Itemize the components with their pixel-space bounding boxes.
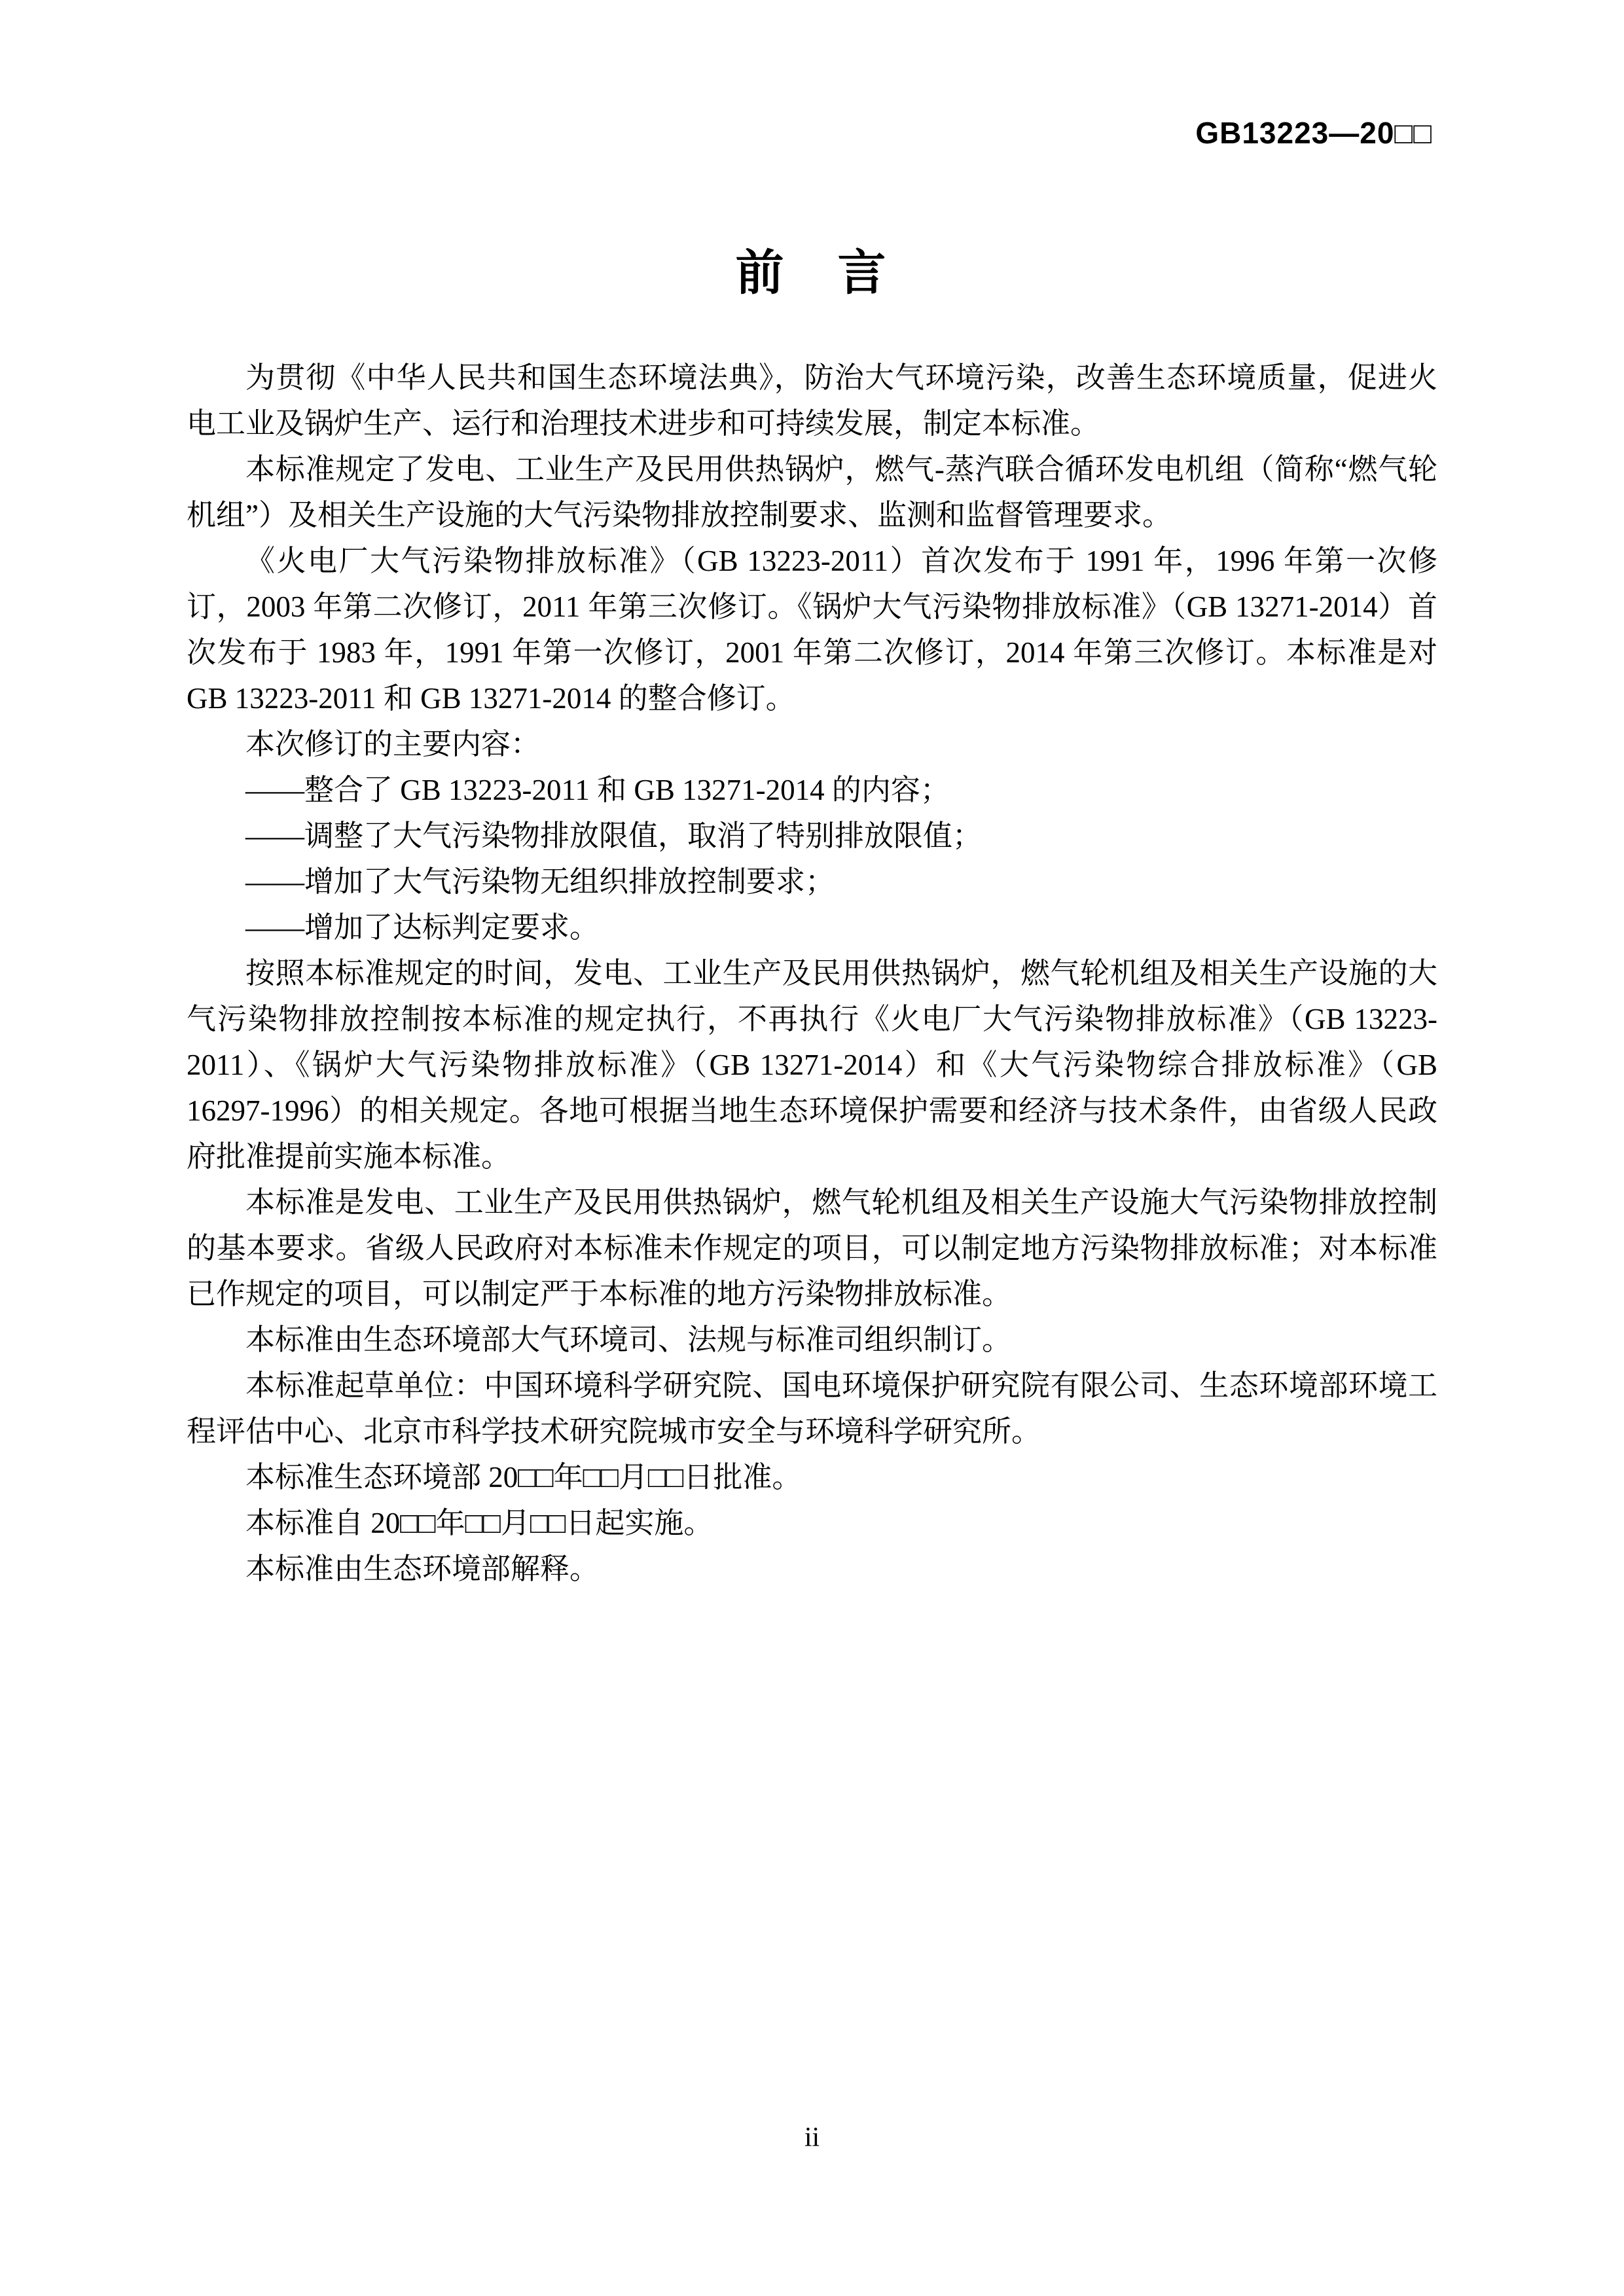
revision-item-2: ——调整了大气污染物排放限值，取消了特别排放限值；	[187, 813, 1437, 859]
paragraph-requirements: 本标准是发电、工业生产及民用供热锅炉，燃气轮机组及相关生产设施大气污染物排放控制…	[187, 1179, 1437, 1317]
revision-item-3: ——增加了大气污染物无组织排放控制要求；	[187, 859, 1437, 905]
revision-item-4: ——增加了达标判定要求。	[187, 905, 1437, 950]
paragraph-approval-date: 本标准生态环境部 20□□年□□月□□日批准。	[187, 1454, 1437, 1500]
paragraph-revision-intro: 本次修订的主要内容：	[187, 721, 1437, 767]
page-title: 前 言	[0, 246, 1624, 299]
page-number: ii	[0, 2124, 1624, 2151]
paragraph-purpose: 为贯彻《中华人民共和国生态环境法典》，防治大气环境污染，改善生态环境质量，促进火…	[187, 355, 1437, 446]
document-page: GB13223—20□□ 前 言 为贯彻《中华人民共和国生态环境法典》，防治大气…	[0, 0, 1624, 2296]
revision-item-1: ——整合了 GB 13223-2011 和 GB 13271-2014 的内容；	[187, 767, 1437, 813]
paragraph-interpretation: 本标准由生态环境部解释。	[187, 1546, 1437, 1592]
paragraph-scope: 本标准规定了发电、工业生产及民用供热锅炉，燃气-蒸汽联合循环发电机组（简称“燃气…	[187, 446, 1437, 538]
paragraph-drafting-units: 本标准起草单位：中国环境科学研究院、国电环境保护研究院有限公司、生态环境部环境工…	[187, 1363, 1437, 1454]
doc-number-header: GB13223—20□□	[1195, 118, 1432, 148]
paragraph-effective-date: 本标准自 20□□年□□月□□日起实施。	[187, 1500, 1437, 1546]
paragraph-organizer: 本标准由生态环境部大气环境司、法规与标准司组织制订。	[187, 1317, 1437, 1363]
document-body: 为贯彻《中华人民共和国生态环境法典》，防治大气环境污染，改善生态环境质量，促进火…	[187, 355, 1437, 1592]
paragraph-history: 《火电厂大气污染物排放标准》（GB 13223-2011）首次发布于 1991 …	[187, 538, 1437, 721]
paragraph-implementation: 按照本标准规定的时间，发电、工业生产及民用供热锅炉，燃气轮机组及相关生产设施的大…	[187, 950, 1437, 1179]
